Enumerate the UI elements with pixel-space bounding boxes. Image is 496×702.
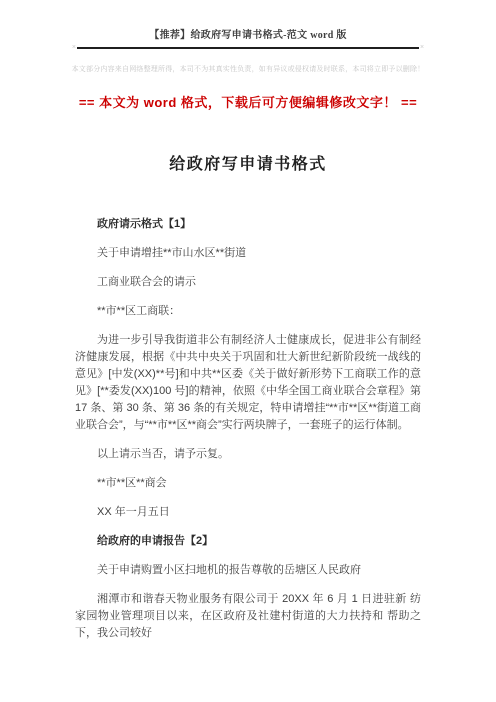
header-title: 【推荐】给政府写申请书格式-范文 word 版 (0, 0, 496, 41)
section-heading: 给政府的申请报告【2】 (75, 533, 421, 550)
paragraph: 为进一步引导我街道非公有制经济人士健康成长，促进非公有制经济健康发展，根据《中共… (75, 332, 421, 434)
paragraph: 关于申请购置小区扫地机的报告尊敬的岳塘区人民政府 (75, 562, 421, 579)
document-title: 给政府写申请书格式 (0, 151, 496, 174)
header-divider-row: × × (0, 44, 496, 51)
document-page: 【推荐】给政府写申请书格式-范文 word 版 × × 本文部分内容来自网络整理… (0, 0, 496, 702)
paragraph: 以上请示当否，请予示复。 (75, 446, 421, 463)
paragraph: 湘潭市和谐春天物业服务有限公司于 20XX 年 6 月 1 日进驻新 纺家园物业… (75, 591, 421, 642)
header-divider (77, 47, 419, 49)
word-format-notice: == 本文为 word 格式，下载后可方便编辑修改文字！ == (0, 92, 496, 111)
edge-mark-right: × (419, 44, 425, 51)
paragraph: **市**区工商联： (75, 303, 421, 320)
paragraph: 工商业联合会的请示 (75, 274, 421, 291)
disclaimer-text: 本文部分内容来自网络整理所得，本司不为其真实性负责，如有异议或侵权请及时联系，本… (0, 64, 496, 74)
paragraph: **市**区**商会 (75, 475, 421, 492)
paragraph: 关于申请增挂**市山水区**街道 (75, 245, 421, 262)
paragraph: XX 年一月五日 (75, 504, 421, 521)
document-body: 政府请示格式【1】 关于申请增挂**市山水区**街道 工商业联合会的请示 **市… (75, 216, 421, 642)
section-heading: 政府请示格式【1】 (75, 216, 421, 233)
